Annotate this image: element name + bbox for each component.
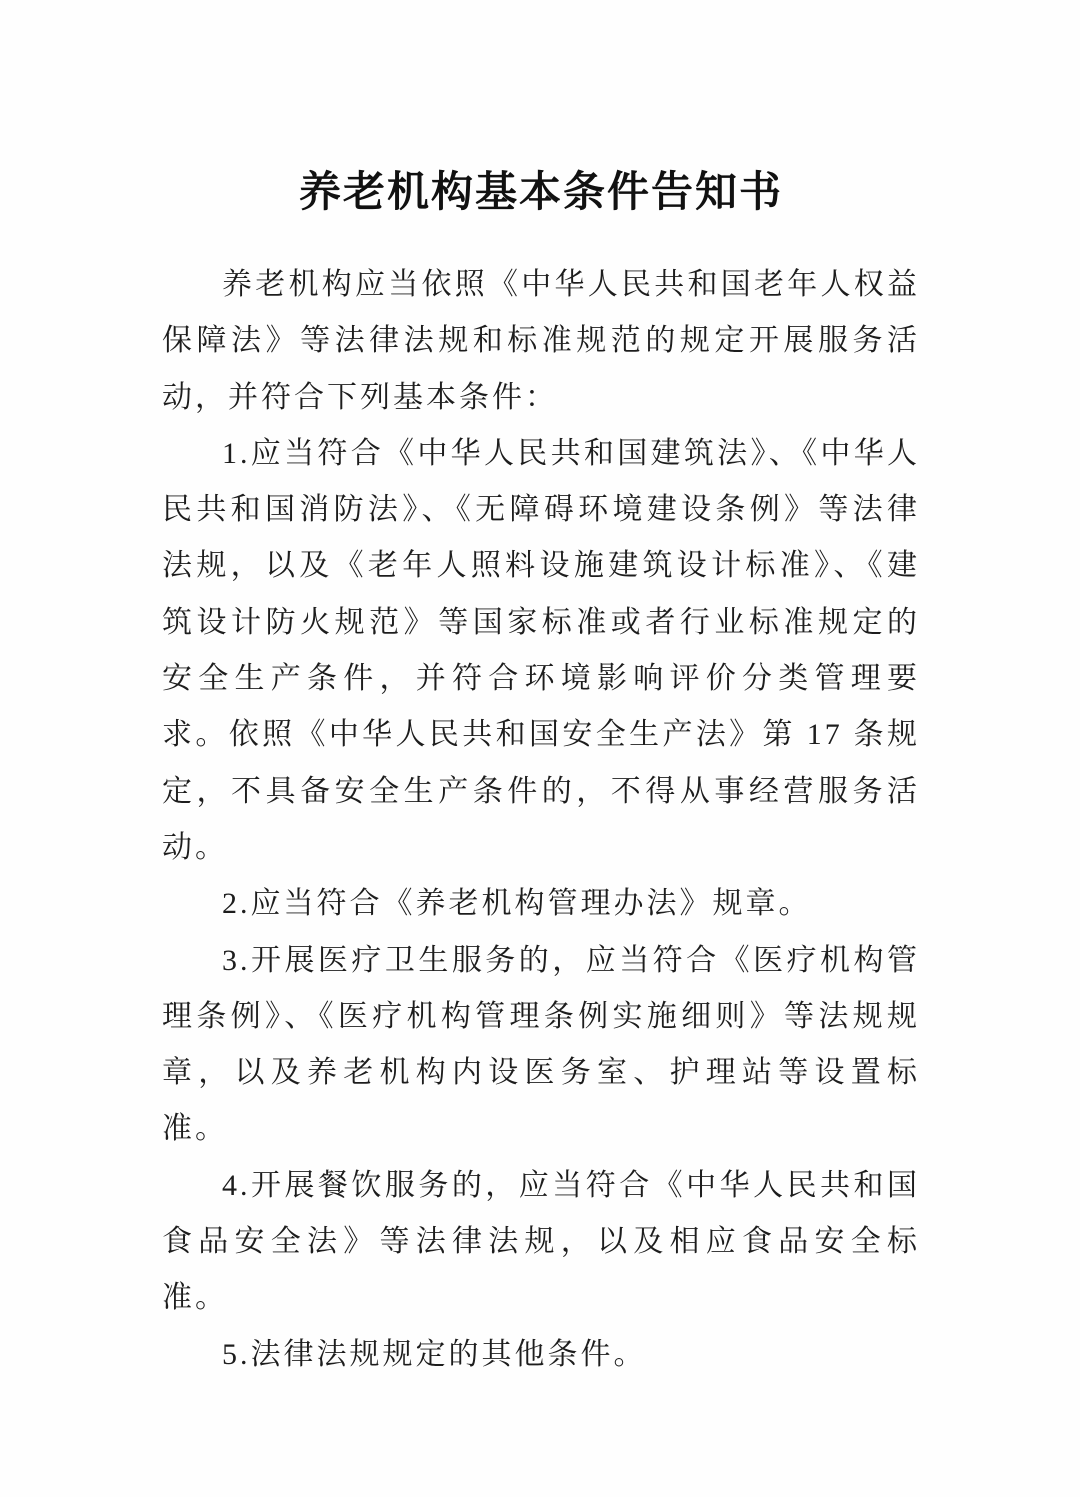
document-title: 养老机构基本条件告知书 (162, 163, 920, 221)
paragraph-item-1: 1.应当符合《中华人民共和国建筑法》、《中华人民共和国消防法》、《无障碍环境建设… (162, 426, 920, 876)
paragraph-item-2: 2.应当符合《养老机构管理办法》规章。 (162, 876, 920, 932)
document-page: 养老机构基本条件告知书 养老机构应当依照《中华人民共和国老年人权益保障法》等法律… (0, 0, 1080, 1497)
document-body: 养老机构应当依照《中华人民共和国老年人权益保障法》等法律法规和标准规范的规定开展… (162, 257, 920, 1383)
paragraph-intro: 养老机构应当依照《中华人民共和国老年人权益保障法》等法律法规和标准规范的规定开展… (162, 257, 920, 426)
paragraph-item-3: 3.开展医疗卫生服务的，应当符合《医疗机构管理条例》、《医疗机构管理条例实施细则… (162, 933, 920, 1158)
document-content: 养老机构基本条件告知书 养老机构应当依照《中华人民共和国老年人权益保障法》等法律… (162, 163, 920, 1383)
paragraph-item-5: 5.法律法规规定的其他条件。 (162, 1327, 920, 1383)
paragraph-item-4: 4.开展餐饮服务的，应当符合《中华人民共和国食品安全法》等法律法规，以及相应食品… (162, 1158, 920, 1327)
